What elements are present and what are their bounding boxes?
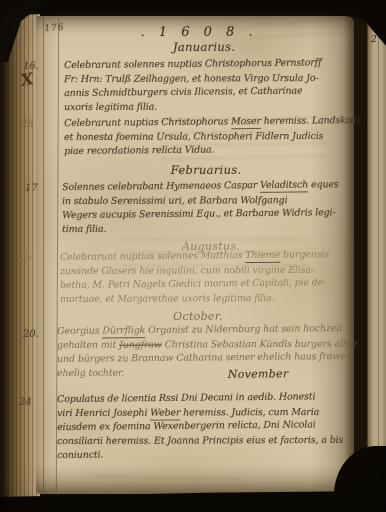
underlined-surname: Dürrfligk xyxy=(102,325,145,338)
bleedthrough-smudge xyxy=(90,465,240,486)
underlined-surname: Veladitsch xyxy=(260,179,308,192)
underlined-surname: Weber xyxy=(150,407,180,420)
entry-day-number: 28 xyxy=(21,119,33,130)
entry-line: et honesta foemina Ursula, Christopheri … xyxy=(64,131,323,143)
entry-day-number: 24 xyxy=(19,397,31,408)
next-page-edge xyxy=(367,20,386,494)
entry-line: viri Henrici Josephi Weber heremiss. Jud… xyxy=(57,407,319,419)
next-page-number: 2 xyxy=(371,35,377,46)
month-header-november: November xyxy=(208,368,308,380)
month-header-januarius: Januarius. xyxy=(148,42,260,53)
year-heading: . 1 6 0 8 . xyxy=(132,26,266,38)
entry-line: Fr: Hrn: Trulß Zeilhaggen, et honesta Vi… xyxy=(64,73,318,85)
entry-day-number: 25 xyxy=(19,253,31,264)
line-text: viri Henrici Josephi xyxy=(57,408,150,419)
line-text: Celebrarunt nuptias Christophorus xyxy=(64,116,231,129)
folio-number: 176 xyxy=(44,23,65,35)
entry-day-number: 20. xyxy=(23,329,38,340)
entry-line: uxoris legitima filia. xyxy=(64,102,157,113)
underlined-surname: Thieme xyxy=(245,250,280,263)
entry-line: zusande Glasers hie inquilini, cum nobil… xyxy=(60,265,314,277)
entry-line: piae recordationis relicta Vidua. xyxy=(64,144,214,157)
line-text: Georgius xyxy=(57,326,102,337)
manuscript-photo: 176 . 1 6 0 8 . Januarius. 16. X Celebra… xyxy=(0,0,386,512)
month-header-februarius: Februarius. xyxy=(150,165,262,176)
entry-line: ehelig tochter. xyxy=(57,368,124,379)
entry-line: consiliarii heremiss. Et Joanna Principi… xyxy=(57,435,343,447)
margin-rule-line xyxy=(43,18,44,492)
line-text: Solennes celebrabant Hymenaeos Caspar xyxy=(62,180,260,193)
entry-line: gehalten mit Jungfraw Christina Sebastia… xyxy=(57,339,357,351)
entry-line: in stabulo Serenissimi uri, et Barbara W… xyxy=(62,195,287,207)
entry-cancel-mark: X xyxy=(20,73,34,86)
line-text: Celebrarunt nuptias solennes Matthias xyxy=(60,250,245,263)
line-text: burgensis xyxy=(280,249,329,261)
month-header-october: October. xyxy=(148,311,248,322)
underlined-surname: Moser xyxy=(231,116,261,129)
next-page-rule-line xyxy=(378,20,379,494)
line-text: heremiss. Judicis, cum Maria xyxy=(180,407,319,419)
line-text: Christina Sebastian Kündls burgers alhie xyxy=(162,339,357,351)
entry-line: tima filia. xyxy=(62,224,106,235)
struck-word: Jungfraw xyxy=(119,340,162,351)
entry-line: Solennes celebrabant Hymenaeos Caspar Ve… xyxy=(62,179,339,193)
line-text: eques xyxy=(308,179,339,190)
book-binding-bottom xyxy=(0,491,386,512)
entry-line: coniuncti. xyxy=(57,450,103,461)
entry-line: mortuae, et Margarethae uxoris legitima … xyxy=(60,293,275,305)
entry-day-number: 17 xyxy=(25,183,37,194)
line-text: Organist zu Nidernburg hat sein hochzeit xyxy=(145,323,343,336)
line-text: gehalten mit xyxy=(57,340,119,351)
